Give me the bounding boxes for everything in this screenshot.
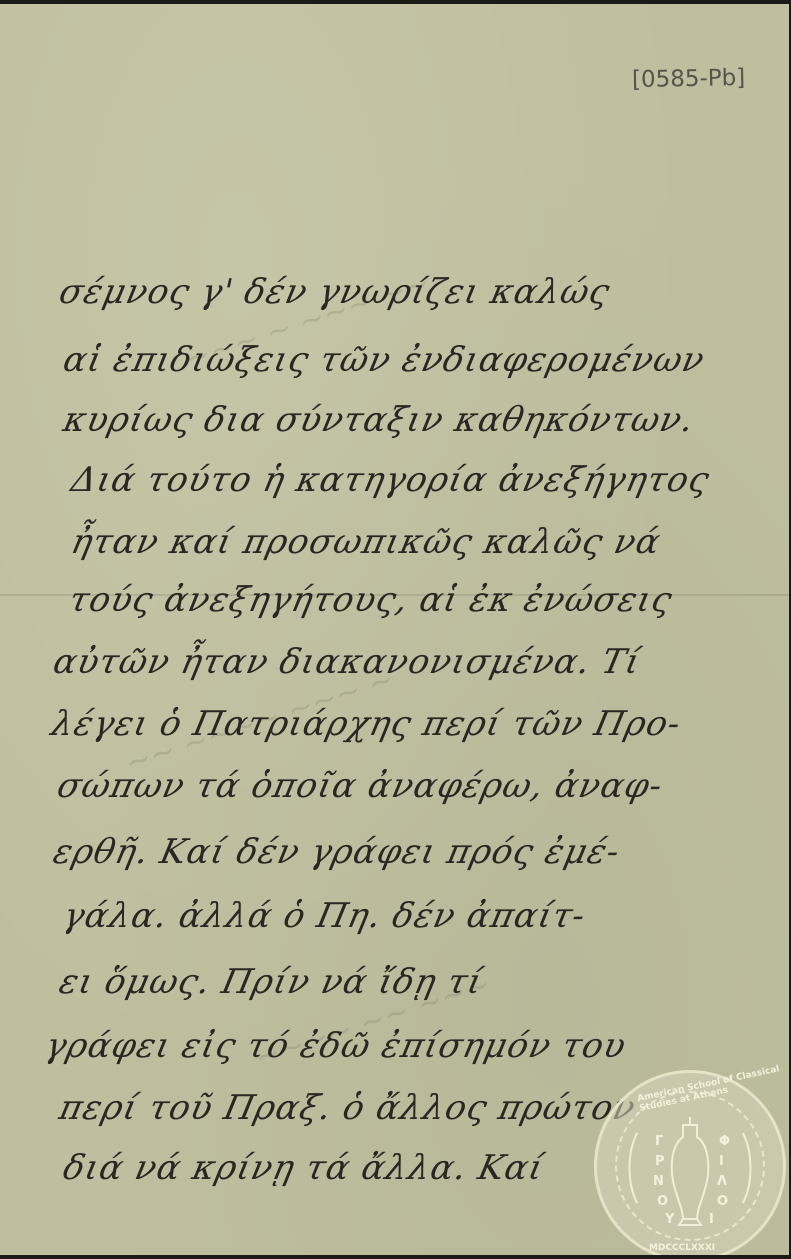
archive-reference-label: [0585-Pb] (632, 65, 746, 93)
svg-text:Φ: Φ (719, 1134, 730, 1149)
svg-text:Ο: Ο (717, 1194, 728, 1209)
handwritten-line: σώπων τά ὁποῖα ἀναφέρω, ἀναφ- (54, 766, 667, 806)
handwritten-line: κυρίως δια σύνταξιν καθηκόντων. (60, 400, 698, 440)
svg-text:Γ: Γ (655, 1134, 663, 1149)
svg-text:Ι: Ι (709, 1212, 714, 1227)
handwritten-line: ει ὅμως. Πρίν νά ἴδῃ τί (56, 962, 487, 1002)
handwritten-line: τούς ἀνεξηγήτους, αἱ ἐκ ἐνώσεις (66, 580, 676, 620)
svg-text:Ρ: Ρ (655, 1154, 665, 1169)
handwritten-line: Διά τούτο ἡ κατηγορία ἀνεξήγητος (68, 460, 714, 500)
handwritten-line: αἱ ἐπιδιώξεις τῶν ἐνδιαφερομένων (60, 340, 709, 380)
handwritten-line: αὐτῶν ἦταν διακανονισμένα. Τί (50, 642, 645, 682)
svg-text:Ν: Ν (653, 1174, 664, 1189)
handwritten-line: ερθῆ. Καί δέν γράφει πρός ἐμέ- (50, 832, 624, 872)
handwritten-line: γράφει εἰς τό ἐδῶ ἐπίσημόν του (42, 1026, 630, 1066)
svg-text:Λ: Λ (717, 1174, 727, 1189)
handwritten-line: ἦταν καί προσωπικῶς καλῶς νά (68, 522, 665, 562)
handwritten-line: περί τοῦ Πραξ. ὁ ἄλλος πρώτον (56, 1088, 640, 1128)
letter-page: ~~~ ~ ~~~ ~~ ~~ ~~~~ ~~~ ~ ~~~~ ~~ ~~~ [… (0, 4, 789, 1255)
embossed-seal: ΓΦ ΡΙ ΝΛ ΟΟ ΥΙ American School of Classi… (594, 1070, 786, 1255)
handwritten-line: γάλα. ἀλλά ὁ Πη. δέν ἀπαίτ- (60, 896, 590, 936)
handwritten-line: σέμνος γ' δέν γνωρίζει καλώς (56, 272, 614, 312)
handwritten-line: λέγει ὁ Πατριάρχης περί τῶν Προ- (48, 704, 685, 744)
svg-text:Υ: Υ (664, 1212, 675, 1227)
seal-year: MDCCCLXXXI (649, 1243, 715, 1253)
svg-text:Ο: Ο (657, 1194, 668, 1209)
handwritten-line: διά νά κρίνῃ τά ἄλλα. Καί (60, 1148, 548, 1188)
svg-text:Ι: Ι (719, 1154, 724, 1169)
